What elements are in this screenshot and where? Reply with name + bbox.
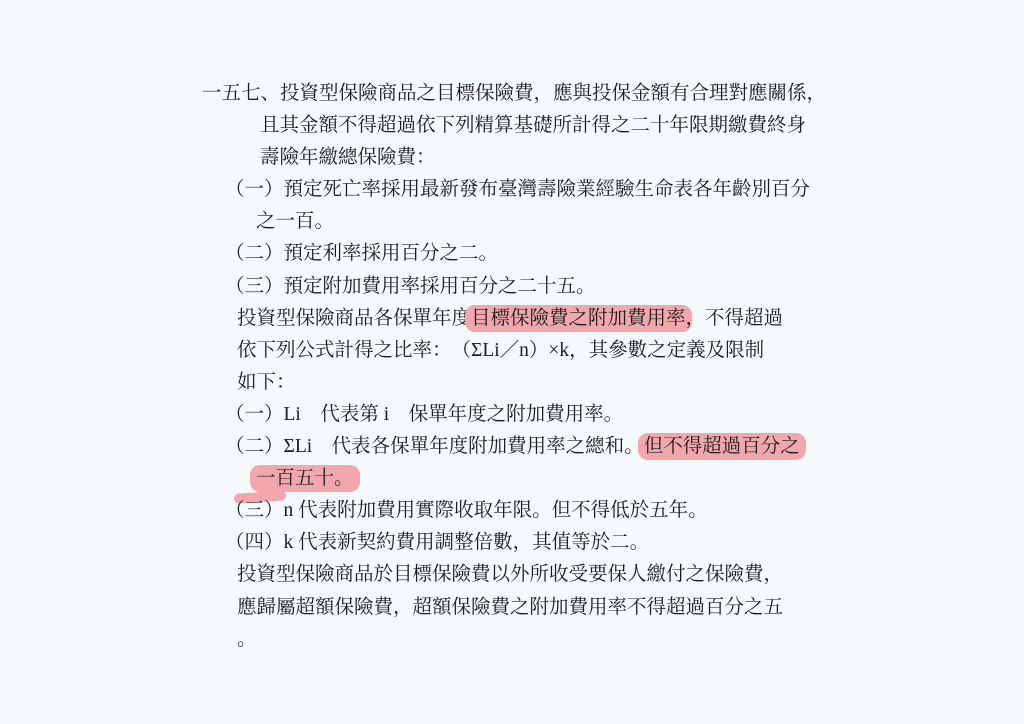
text-segment: （三）n 代表附加費用實際收取年限。但不得低於五年。 bbox=[225, 500, 708, 521]
text-segment: 且其金額不得超過依下列精算基礎所計得之二十年限期繳費終身 bbox=[260, 115, 806, 136]
text-segment: （一）Li 代表第 i 保單年度之附加費用率。 bbox=[225, 404, 623, 425]
text-line: 依下列公式計得之比率： （ΣLi／n）×k，其參數之定義及限制 bbox=[0, 335, 1024, 367]
text-line: （二）預定利率採用百分之二。 bbox=[0, 238, 1024, 270]
text-line: 投資型保險商品於目標保險費以外所收受要保人繳付之保險費， bbox=[0, 559, 1024, 591]
text-line: （二）ΣLi 代表各保單年度附加費用率之總和。但不得超過百分之 bbox=[0, 431, 1024, 463]
text-segment: （一）預定死亡率採用最新發布臺灣壽險業經驗生命表各年齡別百分 bbox=[225, 179, 810, 200]
text-segment: 壽險年繳總保險費： bbox=[260, 147, 436, 168]
text-line: 應歸屬超額保險費，超額保險費之附加費用率不得超過百分之五 bbox=[0, 592, 1024, 624]
text-line: 一百五十。 bbox=[0, 463, 1024, 495]
item-number: 一五七、 bbox=[202, 83, 280, 104]
highlighted-text: 但不得超過百分之 bbox=[638, 433, 806, 460]
document-page: 一五七、投資型保險商品之目標保險費，應與投保金額有合理對應關係，且其金額不得超過… bbox=[0, 0, 1024, 724]
text-line: 一五七、投資型保險商品之目標保險費，應與投保金額有合理對應關係， bbox=[0, 78, 1024, 110]
regulation-text: 一五七、投資型保險商品之目標保險費，應與投保金額有合理對應關係，且其金額不得超過… bbox=[0, 78, 1024, 656]
text-segment: 如下： bbox=[237, 372, 296, 393]
highlighted-text: 一百五十。 bbox=[250, 465, 360, 492]
text-line: （一）Li 代表第 i 保單年度之附加費用率。 bbox=[0, 399, 1024, 431]
text-segment: 應歸屬超額保險費，超額保險費之附加費用率不得超過百分之五 bbox=[237, 597, 783, 618]
text-line: （一）預定死亡率採用最新發布臺灣壽險業經驗生命表各年齡別百分 bbox=[0, 174, 1024, 206]
text-line: （三）n 代表附加費用實際收取年限。但不得低於五年。 bbox=[0, 495, 1024, 527]
text-segment: 投資型保險商品於目標保險費以外所收受要保人繳付之保險費， bbox=[237, 564, 783, 585]
text-segment: （二）預定利率採用百分之二。 bbox=[225, 243, 498, 264]
text-segment: 投資型保險商品各保單年度 bbox=[237, 308, 471, 329]
text-line: （四）k 代表新契約費用調整倍數，其值等於二。 bbox=[0, 527, 1024, 559]
text-line: 之一百。 bbox=[0, 206, 1024, 238]
text-segment: 投資型保險商品之目標保險費，應與投保金額有合理對應關係， bbox=[280, 83, 826, 104]
text-segment: 。 bbox=[237, 629, 257, 650]
text-line: 投資型保險商品各保單年度目標保險費之附加費用率，不得超過 bbox=[0, 303, 1024, 335]
text-line: 壽險年繳總保險費： bbox=[0, 142, 1024, 174]
text-segment: ，不得超過 bbox=[686, 308, 784, 329]
text-segment: （二）ΣLi 代表各保單年度附加費用率之總和。 bbox=[225, 436, 644, 457]
text-segment: （三）預定附加費用率採用百分之二十五。 bbox=[225, 276, 596, 297]
text-segment: 依下列公式計得之比率： （ΣLi／n）×k，其參數之定義及限制 bbox=[237, 340, 764, 361]
text-segment: （四）k 代表新契約費用調整倍數，其值等於二。 bbox=[225, 532, 649, 553]
text-line: （三）預定附加費用率採用百分之二十五。 bbox=[0, 271, 1024, 303]
highlighted-text: 目標保險費之附加費用率 bbox=[465, 305, 692, 332]
text-line: 且其金額不得超過依下列精算基礎所計得之二十年限期繳費終身 bbox=[0, 110, 1024, 142]
text-line: 如下： bbox=[0, 367, 1024, 399]
text-line: 。 bbox=[0, 624, 1024, 656]
text-segment: 之一百。 bbox=[256, 211, 334, 232]
